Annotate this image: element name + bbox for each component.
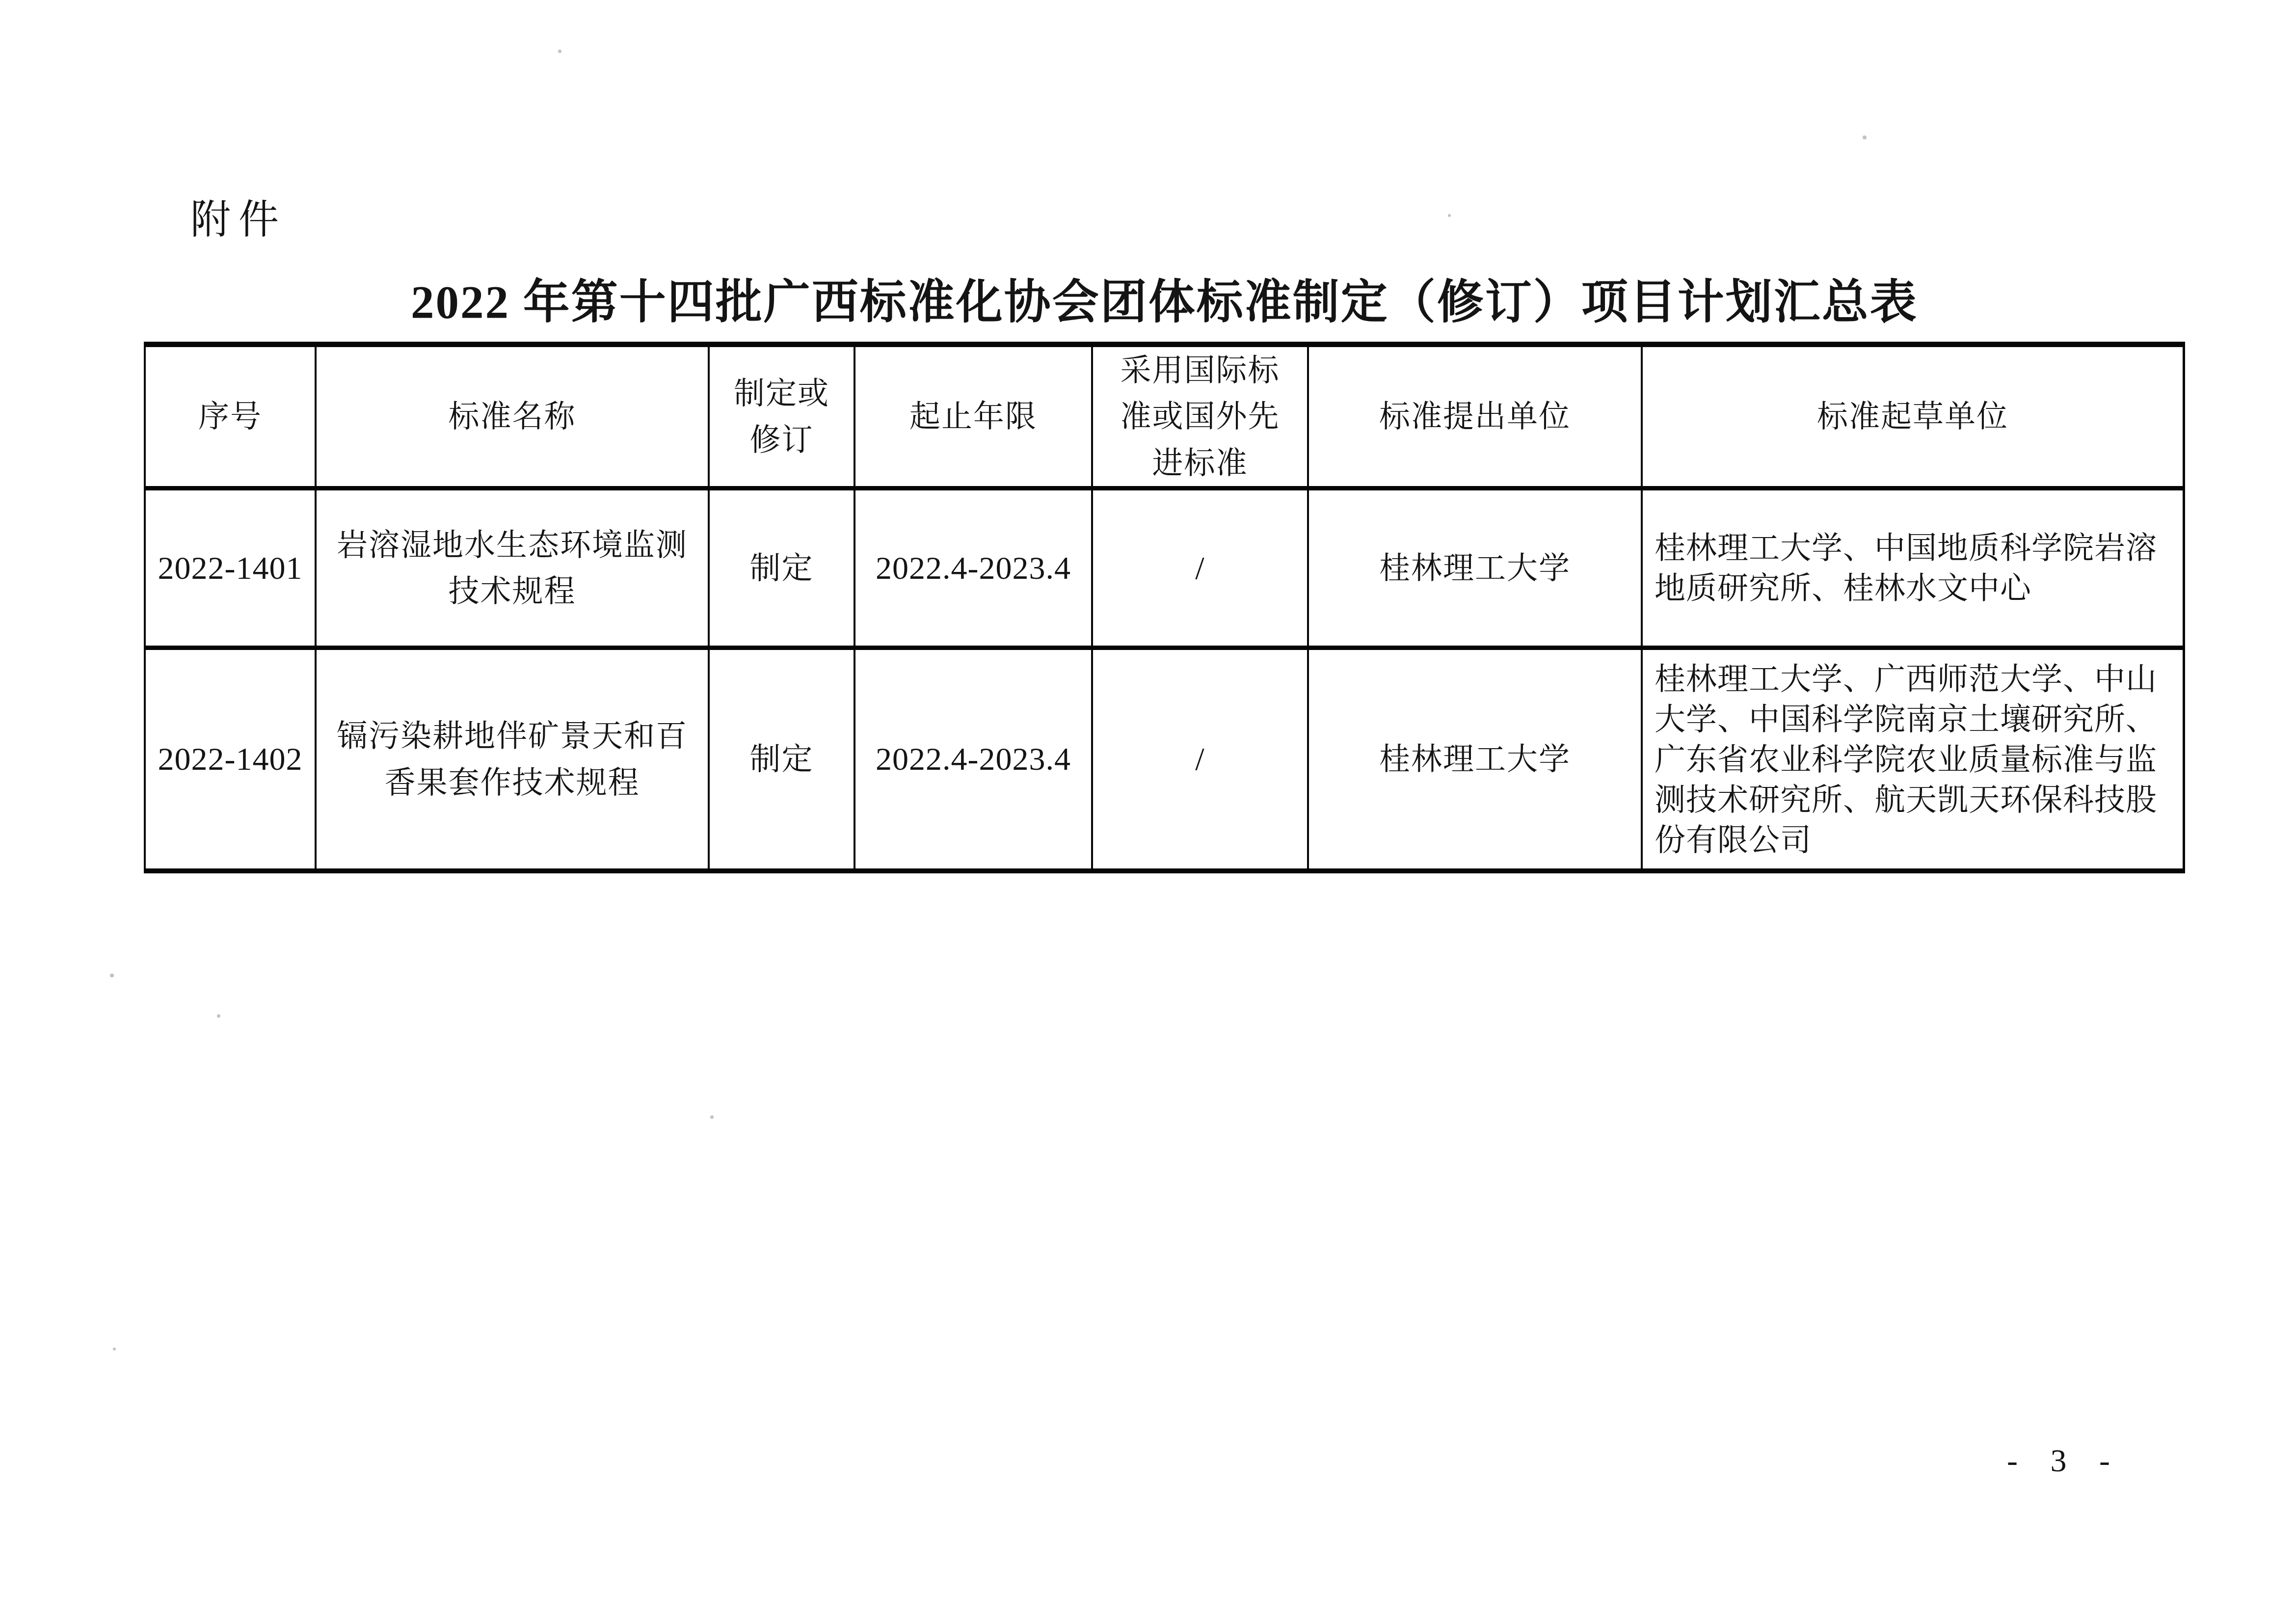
scanned-document-page: 附件 2022 年第十四批广西标准化协会团体标准制定（修订）项目计划汇总表 序号… — [0, 0, 2296, 1623]
scan-speckle — [710, 1115, 714, 1119]
column-header-intl-standard: 采用国际标 准或国外先 进标准 — [1093, 347, 1309, 490]
scan-speckle — [1448, 214, 1451, 217]
table-cell-type: 制定 — [710, 650, 855, 868]
column-header-drafters: 标准起草单位 — [1643, 347, 2183, 490]
table-cell-period: 2022.4-2023.4 — [855, 490, 1093, 650]
attachment-label: 附件 — [190, 188, 287, 245]
table-cell-proposer: 桂林理工大学 — [1309, 650, 1643, 868]
table-cell-standard-name: 岩溶湿地水生态环境监测 技术规程 — [317, 490, 710, 650]
scan-speckle — [217, 1014, 220, 1018]
column-header-proposer: 标准提出单位 — [1309, 347, 1643, 490]
page-number: - 3 - — [1978, 1442, 2145, 1480]
table-cell-drafters: 桂林理工大学、广西师范大学、中山 大学、中国科学院南京土壤研究所、 广东省农业科… — [1643, 650, 2183, 868]
table-cell-serial: 2022-1401 — [146, 490, 317, 650]
scan-speckle — [113, 1348, 116, 1351]
column-header-type: 制定或 修订 — [710, 347, 855, 490]
standards-plan-table: 序号 标准名称 制定或 修订 起止年限 采用国际标 准或国外先 进标准 标准提出… — [144, 342, 2185, 873]
table-cell-drafters: 桂林理工大学、中国地质科学院岩溶 地质研究所、桂林水文中心 — [1643, 490, 2183, 650]
table-cell-type: 制定 — [710, 490, 855, 650]
table-cell-standard-name: 镉污染耕地伴矿景天和百 香果套作技术规程 — [317, 650, 710, 868]
scan-speckle — [110, 974, 114, 977]
table-cell-period: 2022.4-2023.4 — [855, 650, 1093, 868]
column-header-standard-name: 标准名称 — [317, 347, 710, 490]
column-header-serial: 序号 — [146, 347, 317, 490]
scan-speckle — [1863, 135, 1867, 139]
table-cell-serial: 2022-1402 — [146, 650, 317, 868]
scan-speckle — [558, 50, 561, 53]
column-header-period: 起止年限 — [855, 347, 1093, 490]
table-cell-proposer: 桂林理工大学 — [1309, 490, 1643, 650]
table-cell-intl-standard: / — [1093, 490, 1309, 650]
page-title: 2022 年第十四批广西标准化协会团体标准制定（修订）项目计划汇总表 — [145, 265, 2184, 332]
table-cell-intl-standard: / — [1093, 650, 1309, 868]
